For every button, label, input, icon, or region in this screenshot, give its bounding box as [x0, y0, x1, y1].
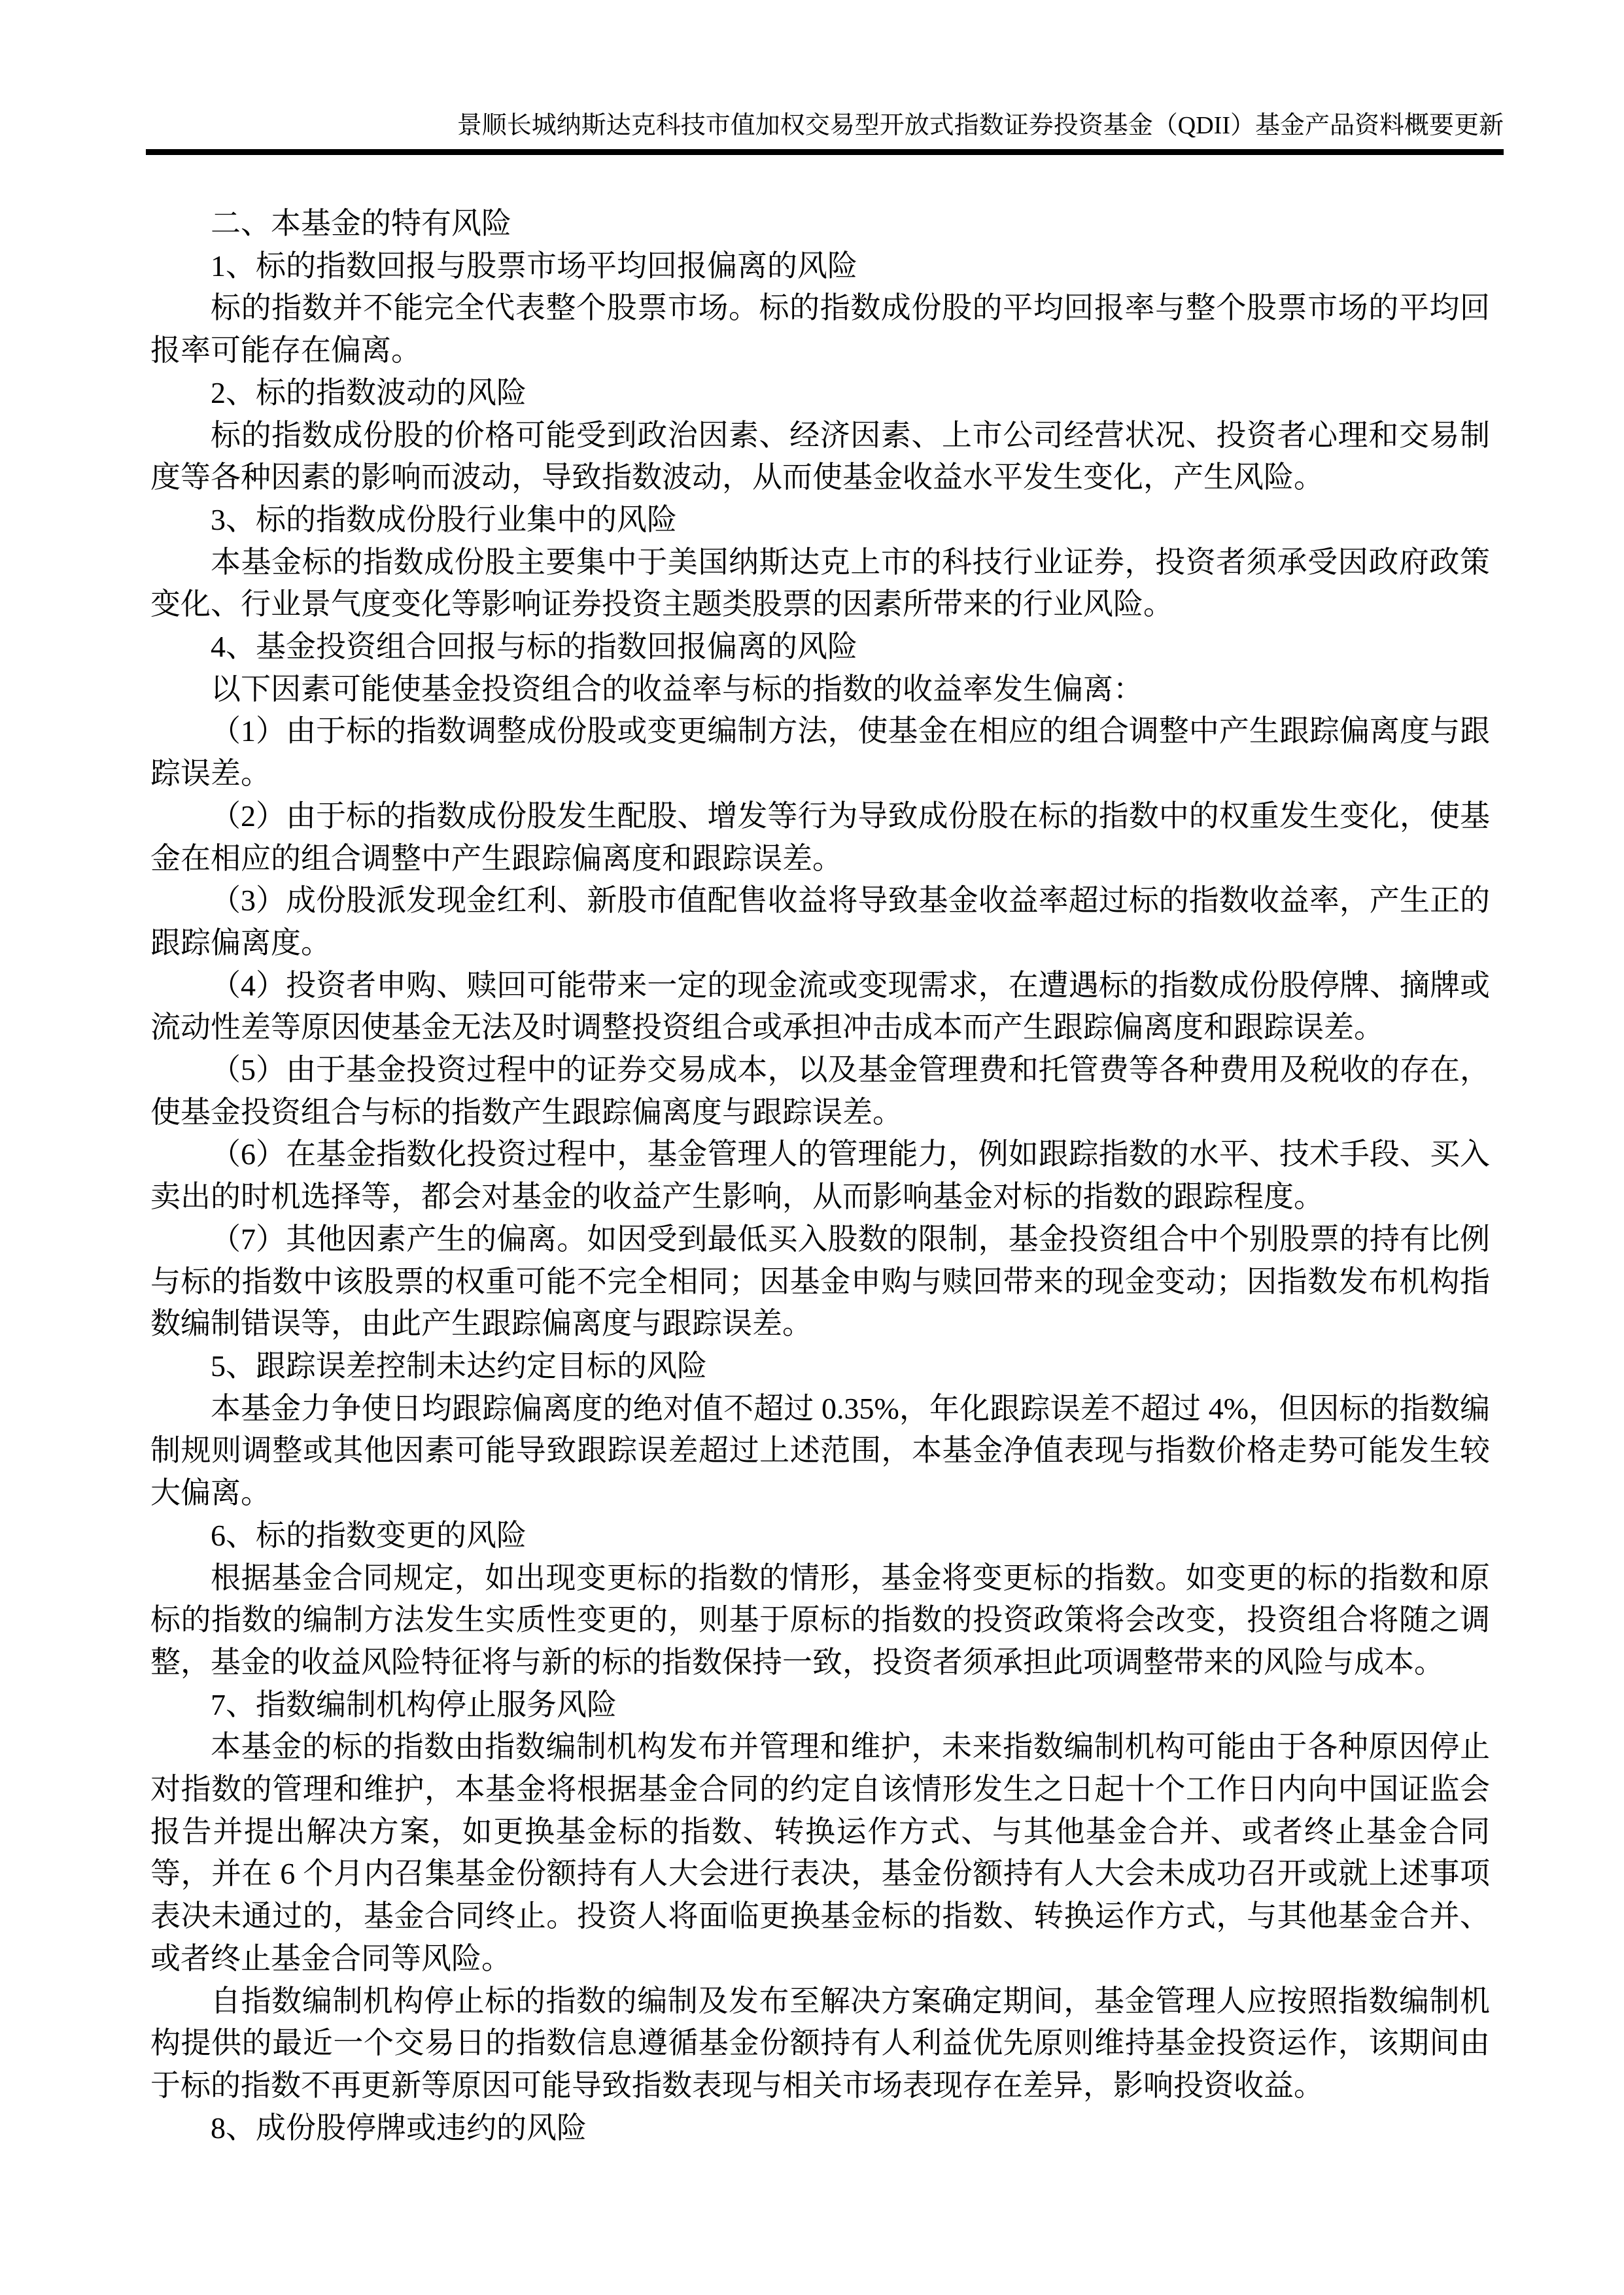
paragraph: 以下因素可能使基金投资组合的收益率与标的指数的收益率发生偏离： [150, 668, 1490, 711]
item-heading-6: 6、标的指数变更的风险 [150, 1515, 1490, 1557]
paragraph: 根据基金合同规定，如出现变更标的指数的情形，基金将变更标的指数。如变更的标的指数… [150, 1557, 1490, 1684]
item-heading-1: 1、标的指数回报与股票市场平均回报偏离的风险 [150, 245, 1490, 288]
sub-item-1: （1）由于标的指数调整成份股或变更编制方法，使基金在相应的组合调整中产生跟踪偏离… [150, 710, 1490, 795]
section-heading: 二、本基金的特有风险 [150, 203, 1490, 245]
item-heading-8: 8、成份股停牌或违约的风险 [150, 2107, 1490, 2150]
paragraph: 本基金标的指数成份股主要集中于美国纳斯达克上市的科技行业证券，投资者须承受因政府… [150, 542, 1490, 626]
sub-item-7: （7）其他因素产生的偏离。如因受到最低买入股数的限制，基金投资组合中个别股票的持… [150, 1218, 1490, 1345]
item-heading-3: 3、标的指数成份股行业集中的风险 [150, 499, 1490, 542]
header-rule-divider [146, 149, 1504, 155]
item-heading-5: 5、跟踪误差控制未达约定目标的风险 [150, 1345, 1490, 1388]
sub-item-6: （6）在基金指数化投资过程中，基金管理人的管理能力，例如跟踪指数的水平、技术手段… [150, 1133, 1490, 1218]
document-page: 景顺长城纳斯达克科技市值加权交易型开放式指数证券投资基金（QDII）基金产品资料… [0, 0, 1624, 2295]
paragraph: 标的指数成份股的价格可能受到政治因素、经济因素、上市公司经营状况、投资者心理和交… [150, 415, 1490, 499]
document-body: 二、本基金的特有风险 1、标的指数回报与股票市场平均回报偏离的风险 标的指数并不… [150, 203, 1490, 2149]
item-heading-4: 4、基金投资组合回报与标的指数回报偏离的风险 [150, 626, 1490, 668]
sub-item-5: （5）由于基金投资过程中的证券交易成本，以及基金管理费和托管费等各种费用及税收的… [150, 1049, 1490, 1133]
item-heading-2: 2、标的指数波动的风险 [150, 372, 1490, 415]
paragraph: 本基金的标的指数由指数编制机构发布并管理和维护，未来指数编制机构可能由于各种原因… [150, 1726, 1490, 1980]
sub-item-3: （3）成份股派发现金红利、新股市值配售收益将导致基金收益率超过标的指数收益率，产… [150, 880, 1490, 964]
sub-item-4: （4）投资者申购、赎回可能带来一定的现金流或变现需求，在遭遇标的指数成份股停牌、… [150, 965, 1490, 1049]
header-title: 景顺长城纳斯达克科技市值加权交易型开放式指数证券投资基金（QDII）基金产品资料… [457, 112, 1504, 139]
paragraph: 自指数编制机构停止标的指数的编制及发布至解决方案确定期间，基金管理人应按照指数编… [150, 1980, 1490, 2107]
document-header: 景顺长城纳斯达克科技市值加权交易型开放式指数证券投资基金（QDII）基金产品资料… [146, 110, 1504, 141]
paragraph: 标的指数并不能完全代表整个股票市场。标的指数成份股的平均回报率与整个股票市场的平… [150, 287, 1490, 371]
item-heading-7: 7、指数编制机构停止服务风险 [150, 1684, 1490, 1727]
sub-item-2: （2）由于标的指数成份股发生配股、增发等行为导致成份股在标的指数中的权重发生变化… [150, 795, 1490, 880]
paragraph: 本基金力争使日均跟踪偏离度的绝对值不超过 0.35%，年化跟踪误差不超过 4%，… [150, 1388, 1490, 1515]
